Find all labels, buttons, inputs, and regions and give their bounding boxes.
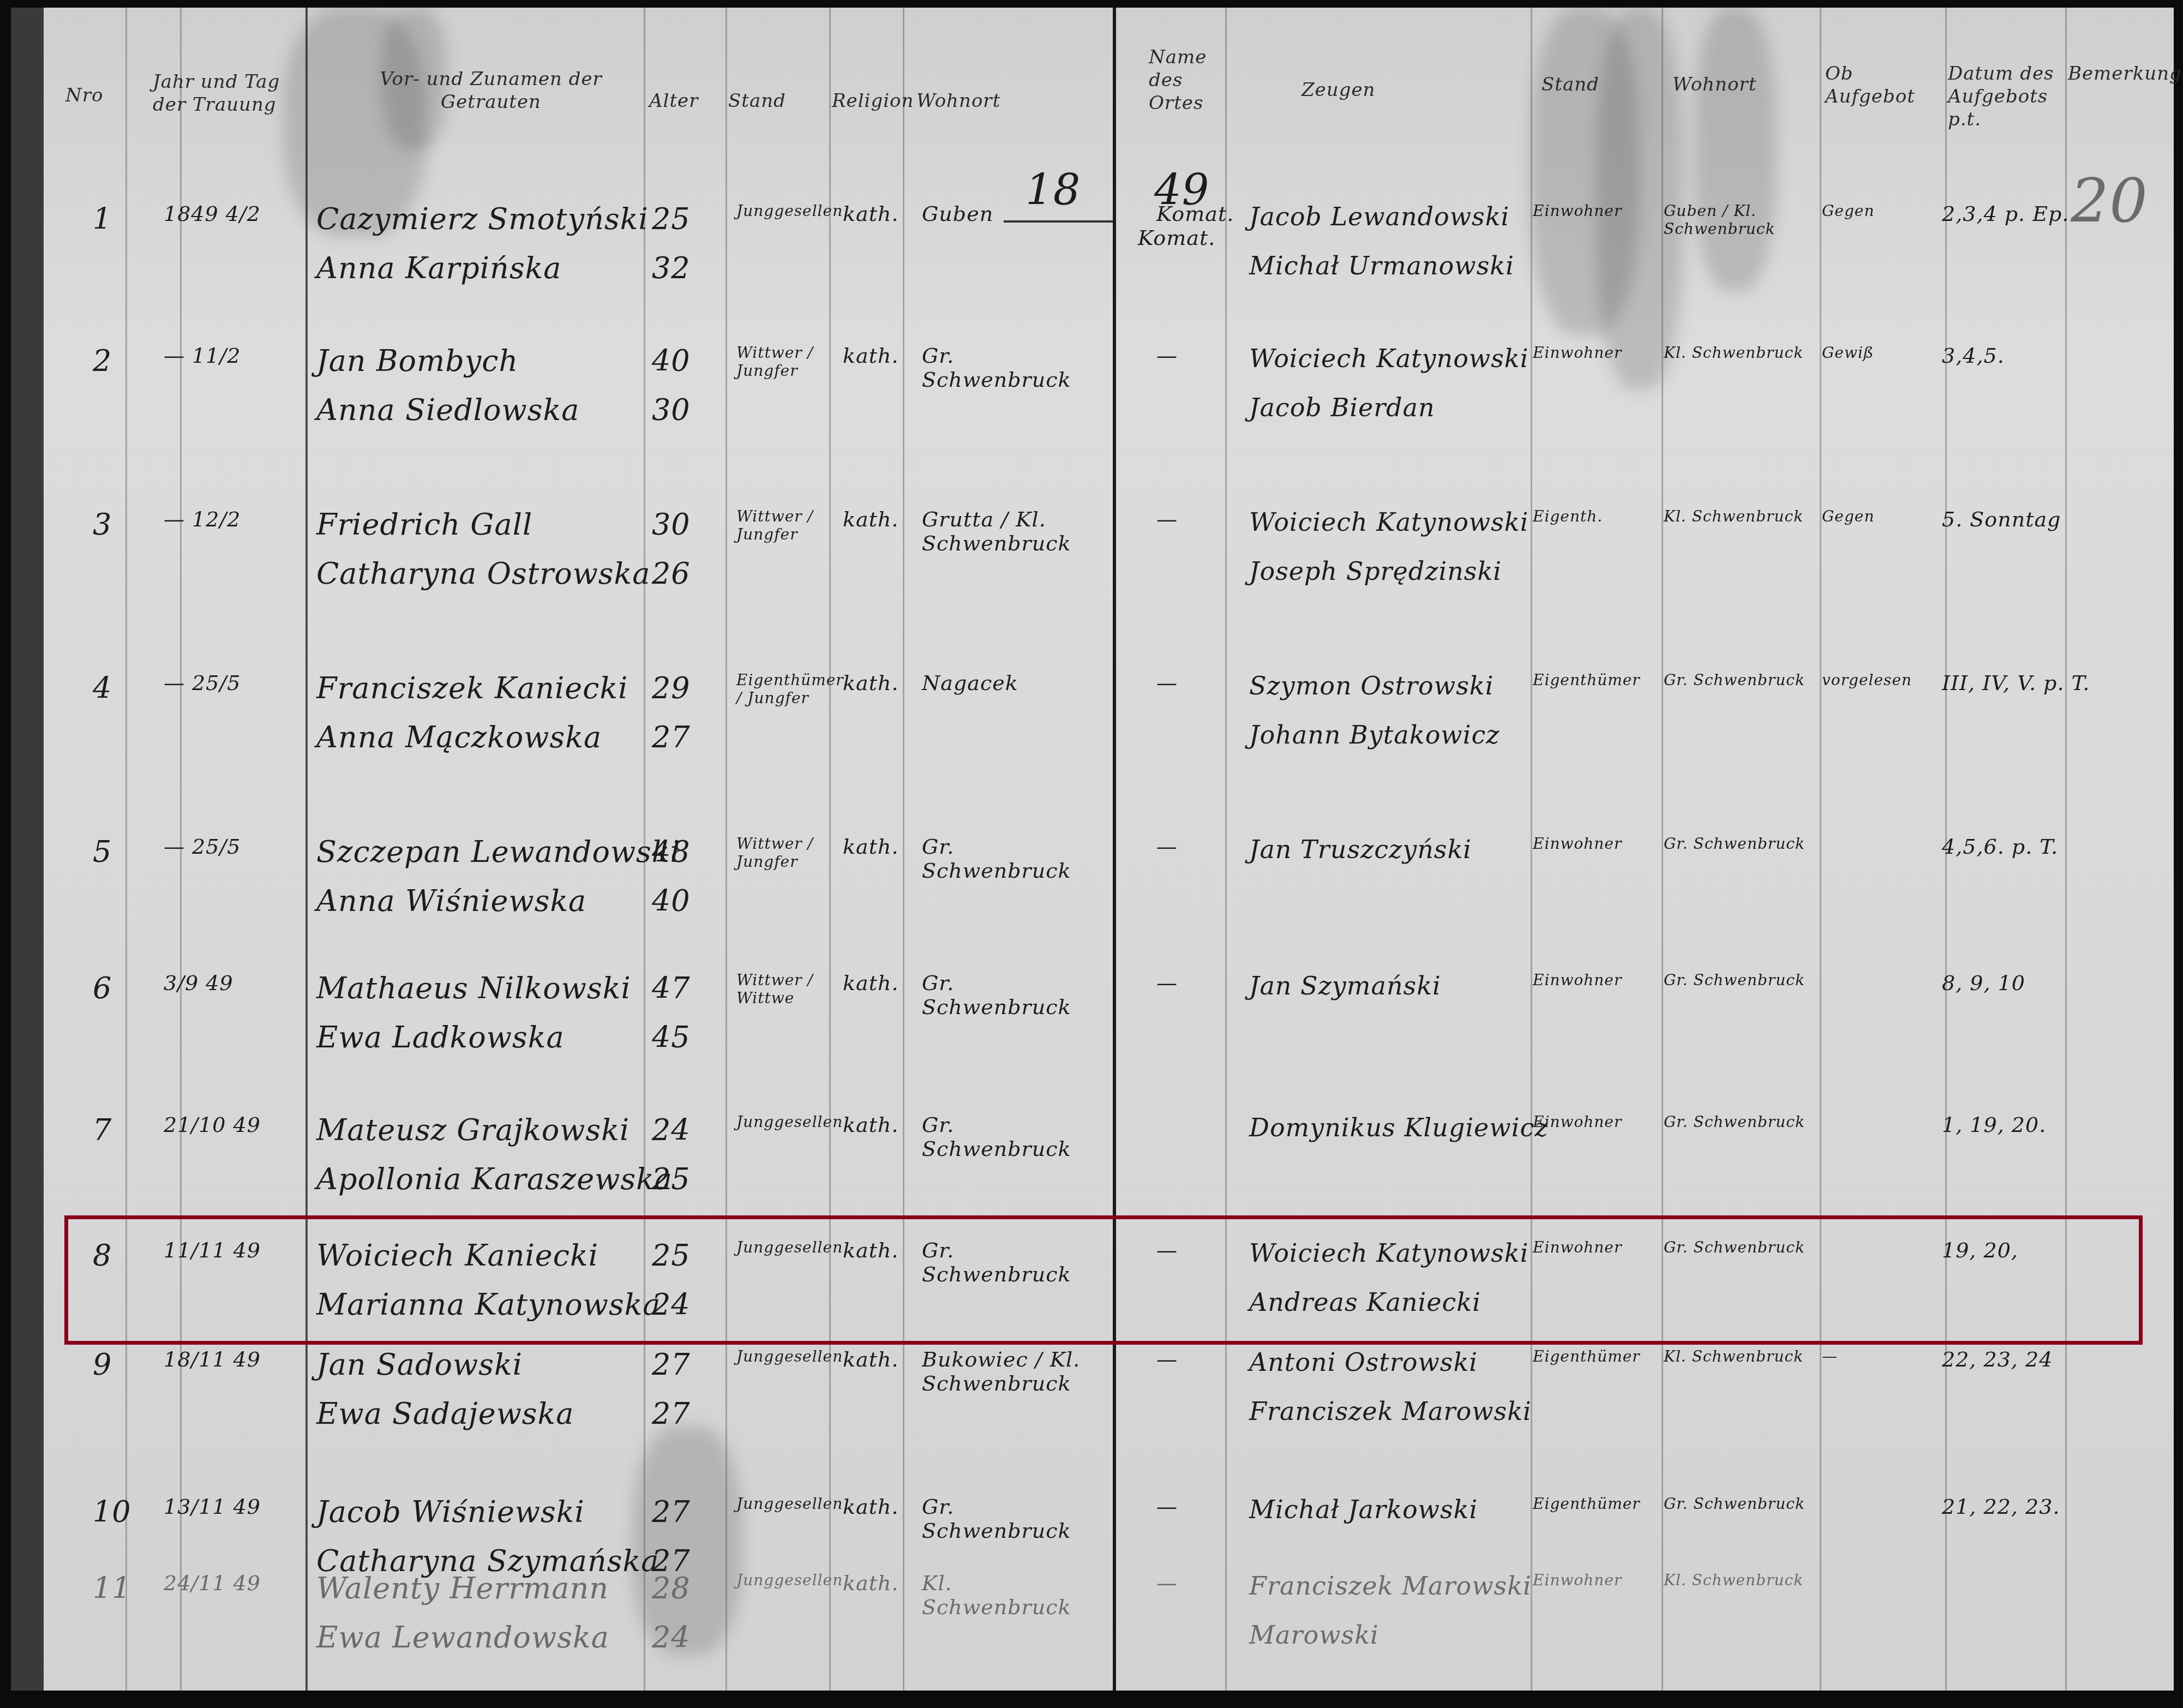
witness-status: Einwohner <box>1533 835 1622 853</box>
register-scan: Nro Jahr und Tag der Trauung Vor- und Zu… <box>0 0 2183 1708</box>
witness-status: Einwohner <box>1533 1113 1622 1131</box>
witness-1: Woiciech Katynowski <box>1249 507 1528 537</box>
status: Wittwer / Wittwe <box>736 971 829 1007</box>
bride-name: Anna Karpińska <box>316 251 562 285</box>
bride-age: 30 <box>652 393 691 427</box>
proclamation-dates: 1, 19, 20. <box>1942 1113 2046 1137</box>
status: Junggesellen <box>736 1113 829 1131</box>
highlighted-entry-box <box>64 1215 2143 1345</box>
residence: Gr. Schwenbruck <box>922 1113 1102 1161</box>
groom-name: Friedrich Gall <box>316 507 532 542</box>
residence: Gr. Schwenbruck <box>922 971 1102 1019</box>
groom-age: 27 <box>652 1347 691 1382</box>
groom-age: 27 <box>652 1495 691 1529</box>
groom-name: Jan Bombych <box>316 344 518 378</box>
witness-status: Eigenthümer <box>1533 671 1640 689</box>
status: Junggesellen <box>736 1347 829 1365</box>
status: Wittwer / Jungfer <box>736 835 829 871</box>
proclamation-dates: 4,5,6. p. T. <box>1942 835 2058 859</box>
groom-age: 25 <box>652 202 691 236</box>
entry-date: — 25/5 <box>164 835 241 859</box>
groom-name: Mathaeus Nilkowski <box>316 971 631 1005</box>
groom-age: 29 <box>652 671 691 705</box>
entry-date: 13/11 49 <box>164 1495 261 1519</box>
witness-2: Michał Urmanowski <box>1249 251 1514 280</box>
witness-1: Antoni Ostrowski <box>1249 1347 1478 1377</box>
groom-age: 47 <box>652 971 691 1005</box>
entry-number: 1 <box>93 202 112 236</box>
proclamation-dates: 8, 9, 10 <box>1942 971 2025 995</box>
groom-name: Szczepan Lewandowski <box>316 835 680 869</box>
status: Junggesellen <box>736 202 829 220</box>
residence: Guben <box>922 202 1102 226</box>
bride-name: Ewa Lewandowska <box>316 1620 609 1655</box>
header-witnesses: Zeugen <box>1302 79 1375 101</box>
groom-age: 30 <box>652 507 691 542</box>
witness-residence: Kl. Schwenbruck <box>1664 1571 1816 1589</box>
religion: kath. <box>843 1495 899 1519</box>
proclamation: Gegen <box>1822 507 1874 525</box>
groom-age: 48 <box>652 835 691 869</box>
entry-number: 10 <box>93 1495 131 1529</box>
entry-number: 4 <box>93 671 112 705</box>
groom-name: Mateusz Grajkowski <box>316 1113 629 1147</box>
witness-1: Jacob Lewandowski <box>1249 202 1509 231</box>
witness-1: Szymon Ostrowski <box>1249 671 1494 700</box>
entry-note: — <box>1156 1347 1178 1371</box>
witness-status: Einwohner <box>1533 344 1622 362</box>
entry-number: 5 <box>93 835 112 869</box>
religion: kath. <box>843 344 899 368</box>
witness-1: Jan Szymański <box>1249 971 1441 1000</box>
header-age: Alter <box>649 89 698 112</box>
header-remarks: Bemerkungen <box>2068 62 2172 85</box>
proclamation-dates: 5. Sonntag <box>1942 507 2061 531</box>
witness-2: Joseph Sprędzinski <box>1249 556 1502 586</box>
witness-2: Jacob Bierdan <box>1249 393 1435 422</box>
header-residence: Wohnort <box>916 89 1000 112</box>
religion: kath. <box>843 202 899 226</box>
entry-note: — <box>1156 344 1178 368</box>
entry-number: 2 <box>93 344 112 378</box>
entry-note: — <box>1156 971 1178 995</box>
status: Wittwer / Jungfer <box>736 344 829 380</box>
entry-note: Komat. <box>1156 202 1234 226</box>
proclamation-dates: 21, 22, 23. <box>1942 1495 2060 1519</box>
entry-note: — <box>1156 1495 1178 1519</box>
entry-number: 6 <box>93 971 112 1005</box>
proclamation: Gegen <box>1822 202 1874 220</box>
proclamation: Gewiß <box>1822 344 1874 362</box>
proclamation-dates: 3,4,5. <box>1942 344 2005 368</box>
header-names: Vor- und Zunamen der Getrauten <box>355 68 627 113</box>
witness-1: Woiciech Katynowski <box>1249 344 1528 373</box>
witness-2: Johann Bytakowicz <box>1249 720 1500 750</box>
groom-age: 24 <box>652 1113 691 1147</box>
header-proclamation-dates: Datum des Aufgebots p.t. <box>1948 62 2062 131</box>
proclamation-dates: 22, 23, 24 <box>1942 1347 2053 1371</box>
entry-note: — <box>1156 1571 1178 1595</box>
bride-age: 27 <box>652 1397 691 1431</box>
witness-1: Michał Jarkowski <box>1249 1495 1478 1524</box>
residence: Gr. Schwenbruck <box>922 1495 1102 1543</box>
entry-date: — 11/2 <box>164 344 241 368</box>
bride-name: Anna Wiśniewska <box>316 884 586 918</box>
bride-name: Ewa Ladkowska <box>316 1020 565 1054</box>
bride-name: Apollonia Karaszewska <box>316 1162 673 1196</box>
bride-name: Anna Siedlowska <box>316 393 579 427</box>
bride-age: 24 <box>652 1620 691 1655</box>
witness-1: Franciszek Marowski <box>1249 1571 1532 1601</box>
status: Eigenthümer / Jungfer <box>736 671 829 707</box>
entry-date: 21/10 49 <box>164 1113 261 1137</box>
groom-name: Franciszek Kaniecki <box>316 671 628 705</box>
religion: kath. <box>843 671 899 695</box>
header-nr: Nro <box>65 84 103 107</box>
witness-status: Eigenthümer <box>1533 1347 1640 1365</box>
entry-note: — <box>1156 507 1178 531</box>
entry-date: 1849 4/2 <box>164 202 261 226</box>
residence: Kl. Schwenbruck <box>922 1571 1102 1619</box>
witness-residence: Kl. Schwenbruck <box>1664 1347 1816 1365</box>
bride-name: Catharyna Ostrowska <box>316 556 651 591</box>
religion: kath. <box>843 507 899 531</box>
bride-age: 32 <box>652 251 691 285</box>
entry-date: 24/11 49 <box>164 1571 261 1595</box>
entry-number: 9 <box>93 1347 112 1382</box>
header-notes: Name des Ortes <box>1149 46 1220 115</box>
religion: kath. <box>843 1113 899 1137</box>
residence: Gr. Schwenbruck <box>922 344 1102 392</box>
entry-date: — 25/5 <box>164 671 241 695</box>
bride-age: 25 <box>652 1162 691 1196</box>
proclamation-dates: 2,3,4 p. Ep. <box>1942 202 2069 226</box>
bride-age: 27 <box>652 720 691 754</box>
groom-name: Walenty Herrmann <box>316 1571 609 1605</box>
residence: Bukowiec / Kl. Schwenbruck <box>922 1347 1102 1395</box>
witness-residence: Gr. Schwenbruck <box>1664 835 1816 853</box>
witness-2: Franciszek Marowski <box>1249 1397 1532 1426</box>
groom-age: 28 <box>652 1571 691 1605</box>
header-religion: Religion <box>832 89 914 112</box>
entry-number: 3 <box>93 507 112 542</box>
bride-age: 45 <box>652 1020 691 1054</box>
right-page-marker-note: Komat. <box>1138 226 1215 250</box>
groom-age: 40 <box>652 344 691 378</box>
religion: kath. <box>843 1571 899 1595</box>
entry-date: 3/9 49 <box>164 971 233 995</box>
witness-residence: Gr. Schwenbruck <box>1664 1495 1816 1513</box>
witness-status: Eigenth. <box>1533 507 1603 525</box>
entry-note: — <box>1156 671 1178 695</box>
groom-name: Jan Sadowski <box>316 1347 523 1382</box>
bride-age: 40 <box>652 884 691 918</box>
religion: kath. <box>843 971 899 995</box>
header-status: Stand <box>728 89 786 112</box>
groom-name: Cazymierz Smotyński <box>316 202 649 236</box>
witness-1: Domynikus Klugiewicz <box>1249 1113 1548 1142</box>
residence: Grutta / Kl. Schwenbruck <box>922 507 1102 555</box>
residence: Nagacek <box>922 671 1102 695</box>
witness-residence: Gr. Schwenbruck <box>1664 971 1816 989</box>
residence: Gr. Schwenbruck <box>922 835 1102 883</box>
status: Wittwer / Jungfer <box>736 507 829 543</box>
witness-2: Marowski <box>1249 1620 1379 1650</box>
header-date: Jahr und Tag der Trauung <box>153 70 295 116</box>
status: Junggesellen <box>736 1495 829 1513</box>
witness-residence: Guben / Kl. Schwenbruck <box>1664 202 1816 238</box>
folio-number: 20 <box>2071 166 2148 236</box>
witness-status: Einwohner <box>1533 202 1622 220</box>
header-proclamation: Ob Aufgebot <box>1825 62 1940 108</box>
religion: kath. <box>843 1347 899 1371</box>
entry-note: — <box>1156 835 1178 859</box>
entry-number: 11 <box>93 1571 131 1605</box>
witness-1: Jan Truszczyński <box>1249 835 1472 864</box>
witness-residence: Gr. Schwenbruck <box>1664 671 1816 689</box>
bride-name: Ewa Sadajewska <box>316 1397 574 1431</box>
header-witness-residence: Wohnort <box>1672 73 1756 96</box>
witness-status: Eigenthümer <box>1533 1495 1640 1513</box>
proclamation: vorgelesen <box>1822 671 1912 689</box>
witness-residence: Kl. Schwenbruck <box>1664 344 1816 362</box>
religion: kath. <box>843 835 899 859</box>
bride-name: Anna Mączkowska <box>316 720 602 754</box>
witness-status: Einwohner <box>1533 1571 1622 1589</box>
entry-date: — 12/2 <box>164 507 241 531</box>
witness-residence: Kl. Schwenbruck <box>1664 507 1816 525</box>
witness-status: Einwohner <box>1533 971 1622 989</box>
witness-residence: Gr. Schwenbruck <box>1664 1113 1816 1131</box>
status: Junggesellen <box>736 1571 829 1589</box>
groom-name: Jacob Wiśniewski <box>316 1495 585 1529</box>
entry-date: 18/11 49 <box>164 1347 261 1371</box>
proclamation-dates: III, IV, V. p. T. <box>1942 671 2090 695</box>
bride-age: 26 <box>652 556 691 591</box>
header-witness-status: Stand <box>1542 73 1599 96</box>
entry-number: 7 <box>93 1113 112 1147</box>
proclamation: — <box>1822 1347 1838 1365</box>
